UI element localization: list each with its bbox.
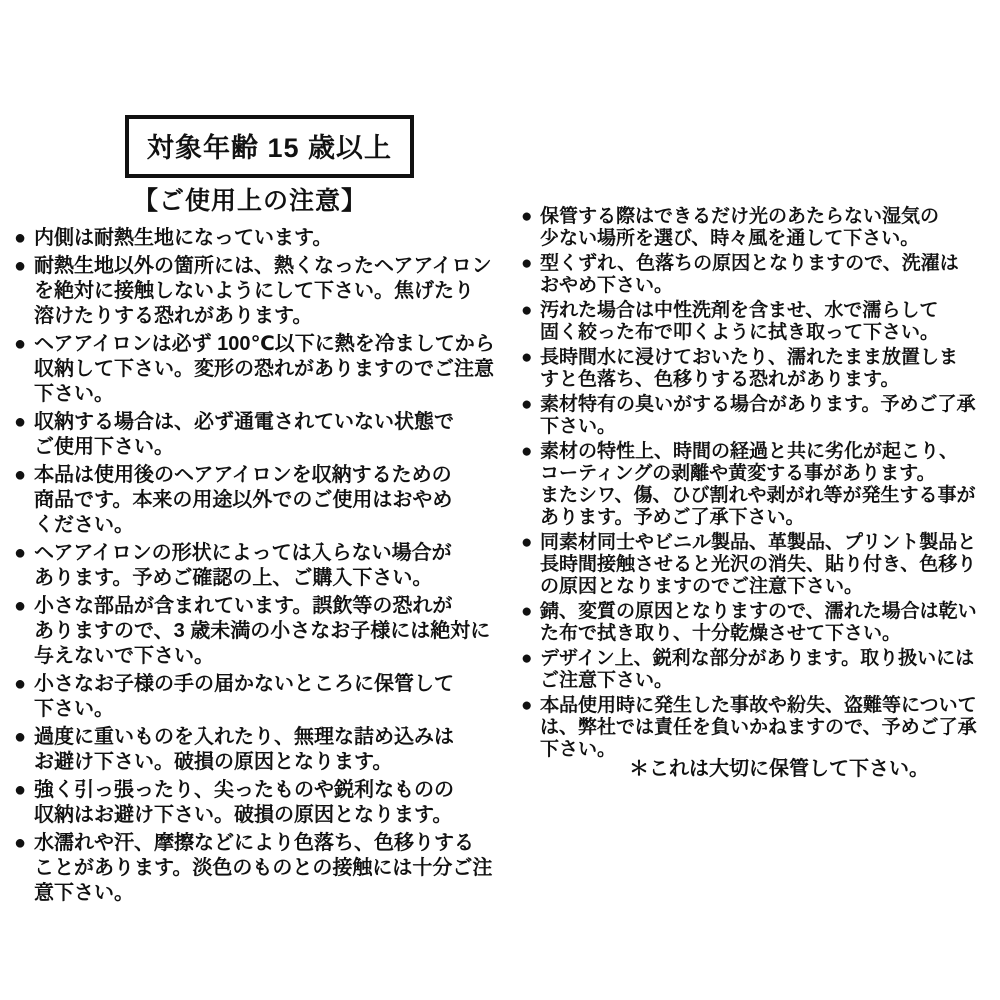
caution-text: ヘアアイロンの形状によっては入らない場合が あります。予めご確認の上、ご購入下さ… xyxy=(34,542,452,589)
caution-item: ●素材の特性上、時間の経過と共に劣化が起こり、 コーティングの剥離や黄変する事が… xyxy=(521,441,995,529)
caution-list-right: ●保管する際はできるだけ光のあたらない湿気の 少ない場所を選び、時々風を通して下… xyxy=(521,206,995,780)
bullet-icon: ● xyxy=(14,410,34,435)
caution-item: ●過度に重いものを入れたり、無理な詰め込みは お避け下さい。破損の原因となります… xyxy=(14,725,510,775)
caution-text: 内側は耐熱生地になっています。 xyxy=(34,227,332,249)
bullet-icon: ● xyxy=(521,695,540,717)
bullet-icon: ● xyxy=(14,672,34,697)
bullet-icon: ● xyxy=(521,601,540,623)
bullet-icon: ● xyxy=(14,254,34,279)
caution-item: ●素材特有の臭いがする場合があります。予めご了承 下さい。 xyxy=(521,394,995,438)
caution-text: 本品は使用後のヘアアイロンを収納するための 商品です。本来の用途以外でのご使用は… xyxy=(34,464,452,536)
caution-text: 過度に重いものを入れたり、無理な詰め込みは お避け下さい。破損の原因となります。 xyxy=(34,726,454,773)
bullet-icon: ● xyxy=(521,648,540,670)
caution-item: ●型くずれ、色落ちの原因となりますので、洗濯は おやめ下さい。 xyxy=(521,253,995,297)
bullet-icon: ● xyxy=(521,532,540,554)
bullet-icon: ● xyxy=(14,541,34,566)
caution-text: 錆、変質の原因となりますので、濡れた場合は乾い た布で拭き取り、十分乾燥させて下… xyxy=(540,601,977,644)
caution-item: ●デザイン上、鋭利な部分があります。取り扱いには ご注意下さい。 xyxy=(521,648,995,692)
caution-item: ●長時間水に浸けておいたり、濡れたまま放置しま すと色落ち、色移りする恐れがあり… xyxy=(521,347,995,391)
bullet-icon: ● xyxy=(14,778,34,803)
caution-item: ●同素材同士やビニル製品、革製品、プリント製品と 長時間接触させると光沢の消失、… xyxy=(521,532,995,598)
caution-item: ●本品は使用後のヘアアイロンを収納するための 商品です。本来の用途以外でのご使用… xyxy=(14,463,510,538)
bullet-icon: ● xyxy=(14,463,34,488)
caution-item: ●ヘアアイロンの形状によっては入らない場合が あります。予めご確認の上、ご購入下… xyxy=(14,541,510,591)
caution-text: ヘアアイロンは必ず 100℃以下に熱を冷ましてから 収納して下さい。変形の恐れが… xyxy=(34,333,495,405)
caution-text: デザイン上、鋭利な部分があります。取り扱いには ご注意下さい。 xyxy=(540,648,974,691)
caution-item: ●内側は耐熱生地になっています。 xyxy=(14,226,510,251)
caution-text: 本品使用時に発生した事故や紛失、盗難等について は、弊社では責任を負いかねますの… xyxy=(540,695,977,760)
keep-this-note: ＊これは大切に保管して下さい。 xyxy=(521,758,995,780)
caution-item: ●小さな部品が含まれています。誤飲等の恐れが ありますので、3 歳未満の小さなお… xyxy=(14,594,510,669)
caution-text: 小さなお子様の手の届かないところに保管して 下さい。 xyxy=(34,673,454,720)
caution-item: ●保管する際はできるだけ光のあたらない湿気の 少ない場所を選び、時々風を通して下… xyxy=(521,206,995,250)
caution-text: 保管する際はできるだけ光のあたらない湿気の 少ない場所を選び、時々風を通して下さ… xyxy=(540,206,939,249)
caution-item: ●ヘアアイロンは必ず 100℃以下に熱を冷ましてから 収納して下さい。変形の恐れ… xyxy=(14,332,510,407)
bullet-icon: ● xyxy=(521,394,540,416)
bullet-icon: ● xyxy=(14,831,34,856)
caution-text: 耐熱生地以外の箇所には、熱くなったヘアアイロン を絶対に接触しないようにして下さ… xyxy=(34,255,492,327)
caution-item: ●小さなお子様の手の届かないところに保管して 下さい。 xyxy=(14,672,510,722)
caution-item: ●強く引っ張ったり、尖ったものや鋭利なものの 収納はお避け下さい。破損の原因とな… xyxy=(14,778,510,828)
caution-text: 強く引っ張ったり、尖ったものや鋭利なものの 収納はお避け下さい。破損の原因となり… xyxy=(34,779,454,826)
bullet-icon: ● xyxy=(14,725,34,750)
age-restriction-box: 対象年齢 15 歳以上 xyxy=(125,115,414,178)
bullet-icon: ● xyxy=(14,226,34,251)
page-title: 【ご使用上の注意】 xyxy=(133,181,367,217)
caution-item: ●錆、変質の原因となりますので、濡れた場合は乾い た布で拭き取り、十分乾燥させて… xyxy=(521,601,995,645)
caution-text: 同素材同士やビニル製品、革製品、プリント製品と 長時間接触させると光沢の消失、貼… xyxy=(540,532,976,597)
caution-sheet: 対象年齢 15 歳以上 【ご使用上の注意】 ●内側は耐熱生地になっています。 ●… xyxy=(0,0,1000,1000)
caution-text: 素材特有の臭いがする場合があります。予めご了承 下さい。 xyxy=(540,394,975,437)
caution-text: 収納する場合は、必ず通電されていない状態で ご使用下さい。 xyxy=(34,411,454,458)
caution-item: ●本品使用時に発生した事故や紛失、盗難等について は、弊社では責任を負いかねます… xyxy=(521,695,995,761)
caution-item: ●水濡れや汗、摩擦などにより色落ち、色移りする ことがあります。淡色のものとの接… xyxy=(14,831,510,906)
caution-text: 汚れた場合は中性洗剤を含ませ、水で濡らして 固く絞った布で叩くように拭き取って下… xyxy=(540,300,939,343)
caution-item: ●汚れた場合は中性洗剤を含ませ、水で濡らして 固く絞った布で叩くように拭き取って… xyxy=(521,300,995,344)
bullet-icon: ● xyxy=(521,253,540,275)
caution-text: 素材の特性上、時間の経過と共に劣化が起こり、 コーティングの剥離や黄変する事があ… xyxy=(540,441,975,528)
caution-item: ●収納する場合は、必ず通電されていない状態で ご使用下さい。 xyxy=(14,410,510,460)
age-restriction-text: 対象年齢 15 歳以上 xyxy=(147,133,392,163)
bullet-icon: ● xyxy=(14,332,34,357)
caution-text: 型くずれ、色落ちの原因となりますので、洗濯は おやめ下さい。 xyxy=(540,253,959,296)
caution-text: 小さな部品が含まれています。誤飲等の恐れが ありますので、3 歳未満の小さなお子… xyxy=(34,595,490,667)
bullet-icon: ● xyxy=(521,347,540,369)
caution-text: 水濡れや汗、摩擦などにより色落ち、色移りする ことがあります。淡色のものとの接触… xyxy=(34,832,492,904)
caution-text: 長時間水に浸けておいたり、濡れたまま放置しま すと色落ち、色移りする恐れがありま… xyxy=(540,347,958,390)
bullet-icon: ● xyxy=(14,594,34,619)
bullet-icon: ● xyxy=(521,206,540,228)
caution-list-left: ●内側は耐熱生地になっています。 ●耐熱生地以外の箇所には、熱くなったヘアアイロ… xyxy=(14,226,510,909)
bullet-icon: ● xyxy=(521,300,540,322)
caution-item: ●耐熱生地以外の箇所には、熱くなったヘアアイロン を絶対に接触しないようにして下… xyxy=(14,254,510,329)
bullet-icon: ● xyxy=(521,441,540,463)
